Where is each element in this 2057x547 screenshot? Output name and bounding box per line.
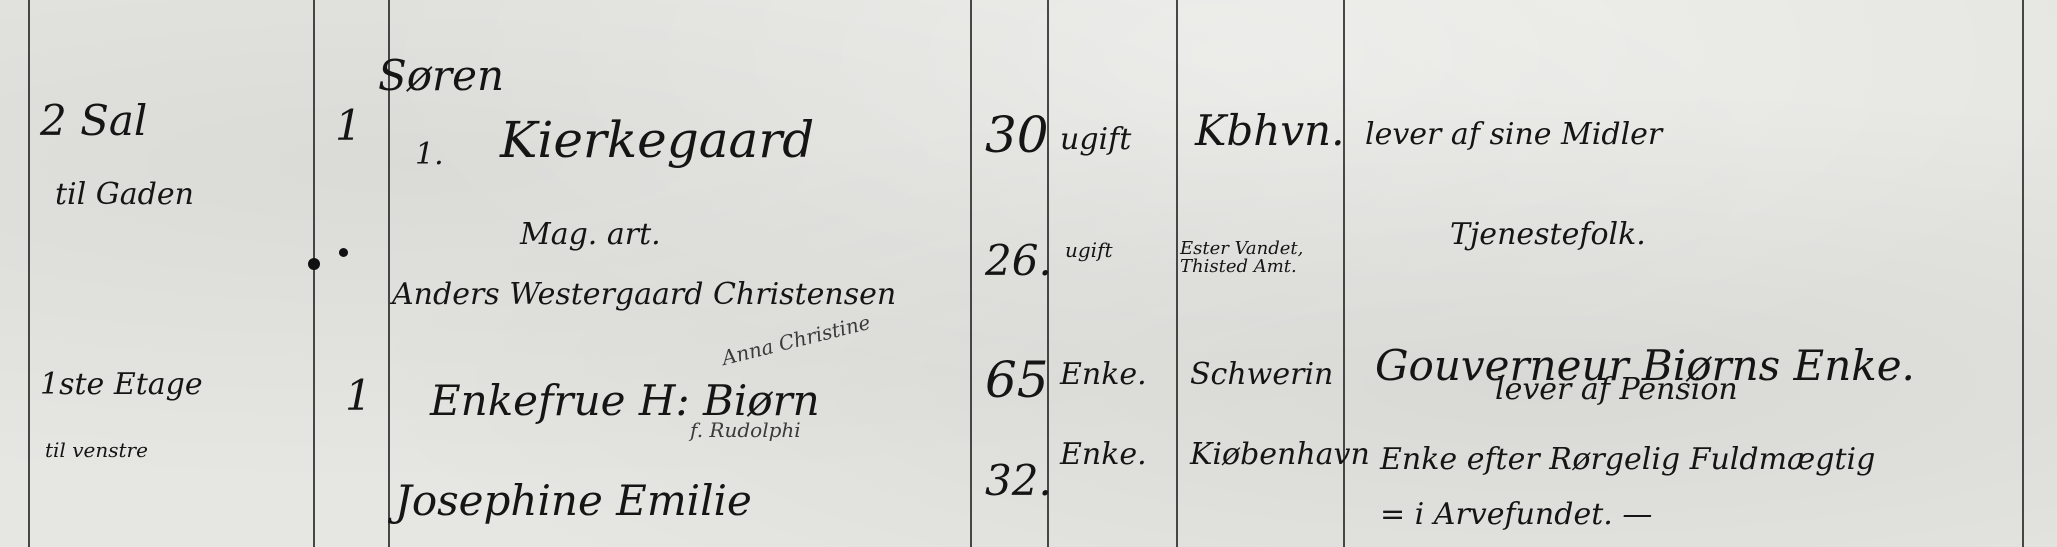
household-number: 1	[345, 375, 372, 417]
row3-occupation-line2: lever af Pension	[1495, 375, 1738, 405]
row1-last-name: Kierkegaard	[500, 115, 814, 165]
location-floor-2-detail: til venstre	[45, 440, 148, 460]
household-number: 1	[335, 105, 362, 147]
ink-dot	[339, 248, 348, 257]
row4-occupation-line1: Enke efter Rørgelig Fuldmægtig	[1380, 445, 1875, 475]
row4-birthplace: Kiøbenhavn	[1190, 440, 1370, 470]
row4-age: 32.	[985, 460, 1052, 502]
row2-name: Anders Westergaard Christensen	[392, 280, 896, 310]
location-floor-1: 2 Sal	[40, 100, 147, 142]
row4-name: Josephine Emilie	[395, 480, 752, 522]
row1-name-marker: 1.	[415, 140, 444, 170]
column-rule	[28, 0, 30, 547]
row4-occupation-line2: = i Arvefundet. —	[1380, 500, 1652, 530]
ink-dot	[308, 258, 320, 270]
row3-birthplace: Schwerin	[1190, 360, 1333, 390]
row3-name: Enkefrue H: Biørn	[430, 380, 820, 422]
row3-marital-status: Enke.	[1060, 360, 1147, 390]
row1-birthplace: Kbhvn.	[1195, 110, 1344, 152]
row3-age: 65	[985, 355, 1049, 405]
location-floor-2: 1ste Etage	[40, 370, 203, 400]
row1-age: 30	[985, 110, 1049, 160]
location-floor-1-detail: til Gaden	[55, 180, 194, 210]
row4-marital-status: Enke.	[1060, 440, 1147, 470]
column-rule	[1176, 0, 1178, 547]
row1-marital-status: ugift	[1060, 125, 1131, 155]
row3-given-names-annotation: Anna Christine	[720, 312, 872, 368]
row2-birthplace: Ester Vandet, Thisted Amt.	[1180, 240, 1340, 276]
row2-occupation: Tjenestefolk.	[1450, 220, 1646, 250]
row1-first-name: Søren	[378, 55, 504, 97]
column-rule	[313, 0, 315, 547]
column-rule	[970, 0, 972, 547]
row3-maiden-name: f. Rudolphi	[690, 420, 801, 440]
column-rule	[2022, 0, 2024, 547]
row2-age: 26.	[985, 240, 1052, 282]
row2-title-annotation: Mag. art.	[520, 220, 661, 250]
row2-marital-status: ugift	[1065, 240, 1113, 260]
register-page: 2 Sal til Gaden 1ste Etage til venstre 1…	[0, 0, 2057, 547]
row1-occupation: lever af sine Midler	[1365, 120, 1662, 150]
